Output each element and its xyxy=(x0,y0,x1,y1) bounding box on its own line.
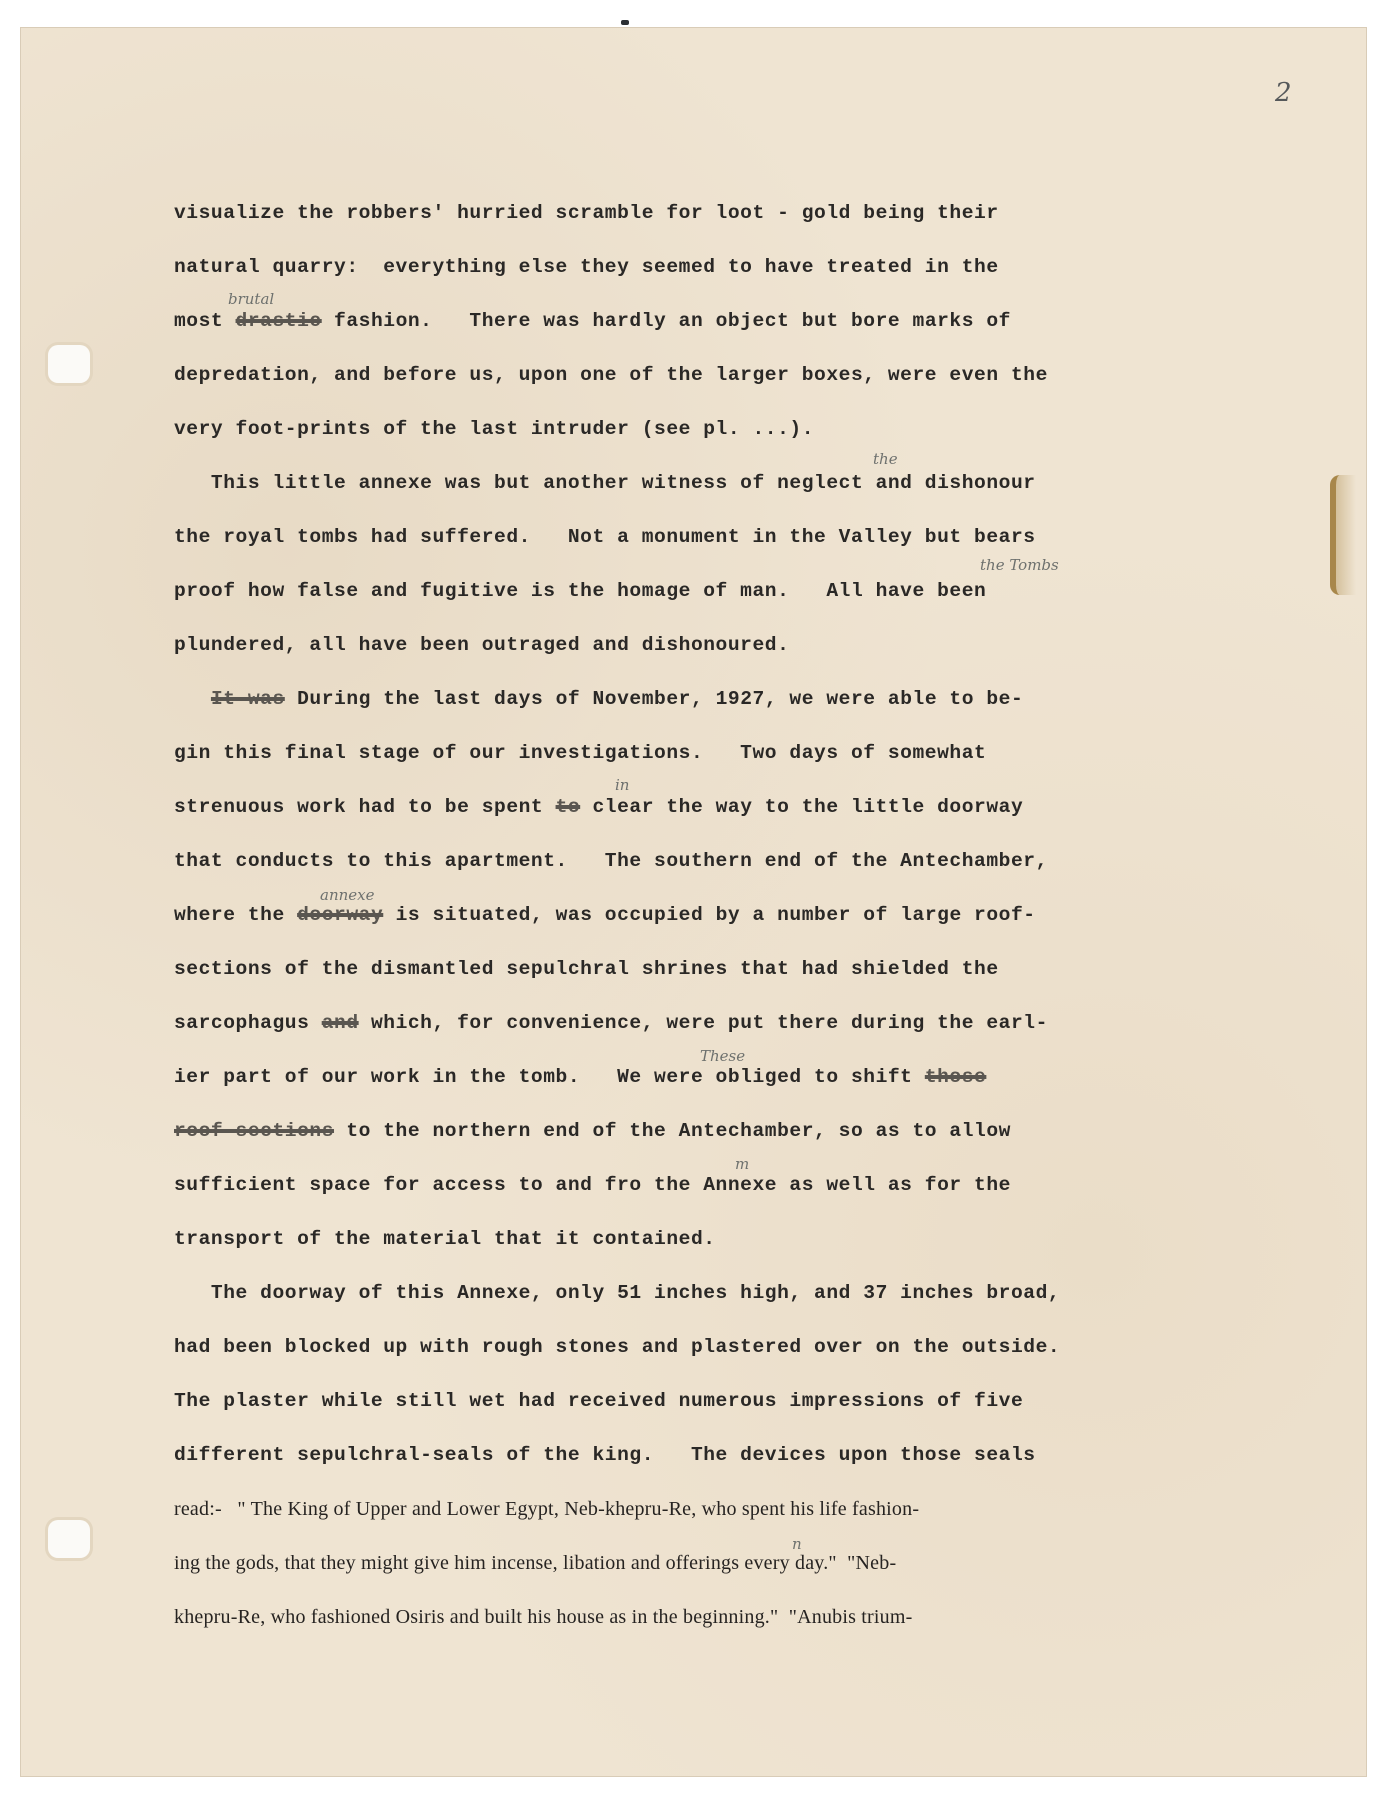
line-text: ier part of our work in the tomb. We wer… xyxy=(174,1066,925,1088)
annotation-annexe: annexe xyxy=(320,886,374,904)
typed-line: ier part of our work in the tomb. We wer… xyxy=(174,1066,986,1088)
line-text: fashion. There was hardly an object but … xyxy=(322,310,1011,332)
typed-line: transport of the material that it contai… xyxy=(174,1228,716,1250)
struck-text: It was xyxy=(211,688,285,710)
typed-line: different sepulchral-seals of the king. … xyxy=(174,1444,1036,1466)
typed-line: visualize the robbers' hurried scramble … xyxy=(174,202,999,224)
clip-stain xyxy=(1330,475,1356,595)
struck-text: doorway xyxy=(297,904,383,926)
line-text: where the xyxy=(174,904,297,926)
line-text: clear the way to the little doorway xyxy=(580,796,1023,818)
ink-mark xyxy=(621,20,629,25)
typed-line: had been blocked up with rough stones an… xyxy=(174,1336,1060,1358)
line-text: is situated, was occupied by a number of… xyxy=(383,904,1035,926)
typed-line: The plaster while still wet had received… xyxy=(174,1390,1023,1412)
typed-line: The doorway of this Annexe, only 51 inch… xyxy=(174,1282,1060,1304)
typed-line: This little annexe was but another witne… xyxy=(174,472,1036,494)
quote-line: ing the gods, that they might give him i… xyxy=(174,1552,896,1575)
line-text: most xyxy=(174,310,236,332)
annotation-in: in xyxy=(615,776,629,794)
typed-line: most drastic fashion. There was hardly a… xyxy=(174,310,1011,332)
typed-line: sections of the dismantled sepulchral sh… xyxy=(174,958,999,980)
struck-text: roof-sections xyxy=(174,1120,334,1142)
typed-line: sufficient space for access to and fro t… xyxy=(174,1174,1011,1196)
typed-line: very foot-prints of the last intruder (s… xyxy=(174,418,814,440)
annotation-brutal: brutal xyxy=(228,290,274,308)
punch-hole-top xyxy=(48,345,90,383)
quote-line: read:- " The King of Upper and Lower Egy… xyxy=(174,1498,919,1521)
line-text: to the northern end of the Antechamber, … xyxy=(334,1120,1011,1142)
typed-line: where the doorway is situated, was occup… xyxy=(174,904,1036,926)
line-text xyxy=(174,688,211,710)
struck-text: and xyxy=(322,1012,359,1034)
typed-line: the royal tombs had suffered. Not a monu… xyxy=(174,526,1036,548)
line-text: During the last days of November, 1927, … xyxy=(285,688,1024,710)
annotation-n: n xyxy=(792,1535,802,1553)
annotation-these: These xyxy=(700,1047,745,1065)
typed-line: roof-sections to the northern end of the… xyxy=(174,1120,1011,1142)
line-text: sarcophagus xyxy=(174,1012,322,1034)
typed-line: It was During the last days of November,… xyxy=(174,688,1023,710)
line-text: which, for convenience, were put there d… xyxy=(359,1012,1048,1034)
quote-line: khepru-Re, who fashioned Osiris and buil… xyxy=(174,1606,912,1629)
struck-text: those xyxy=(925,1066,987,1088)
typed-line: natural quarry: everything else they see… xyxy=(174,256,999,278)
annotation-m: m xyxy=(735,1155,749,1173)
typed-line: depredation, and before us, upon one of … xyxy=(174,364,1048,386)
typed-line: that conducts to this apartment. The sou… xyxy=(174,850,1048,872)
struck-text: drastic xyxy=(236,310,322,332)
line-text: strenuous work had to be spent xyxy=(174,796,556,818)
typed-line: sarcophagus and which, for convenience, … xyxy=(174,1012,1048,1034)
typed-line: gin this final stage of our investigatio… xyxy=(174,742,986,764)
page-number: 2 xyxy=(1275,78,1292,108)
struck-text: to xyxy=(556,796,581,818)
typed-line: proof how false and fugitive is the homa… xyxy=(174,580,986,602)
typed-line: plundered, all have been outraged and di… xyxy=(174,634,789,656)
punch-hole-bottom xyxy=(48,1520,90,1558)
typed-line: strenuous work had to be spent to clear … xyxy=(174,796,1023,818)
annotation-the-tombs: the Tombs xyxy=(980,556,1059,574)
annotation-the: the xyxy=(873,450,898,468)
